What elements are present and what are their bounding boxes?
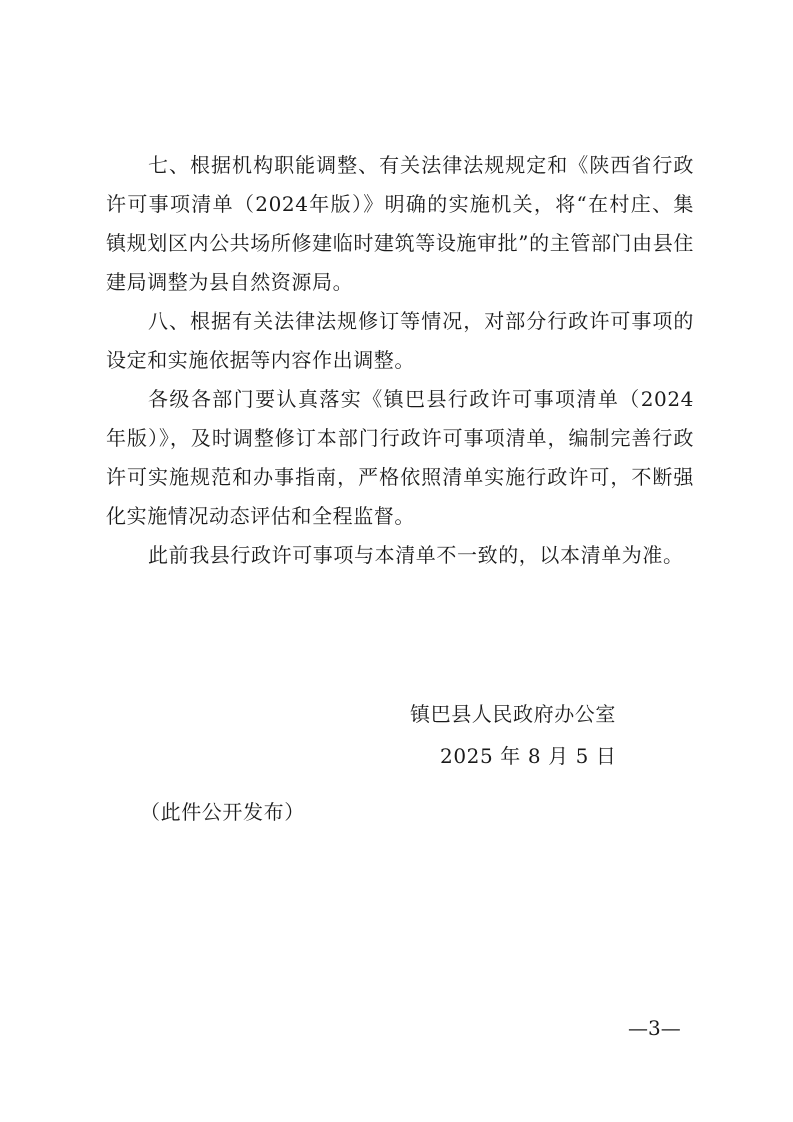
- signature-date: 2025 年 8 月 5 日: [440, 740, 617, 769]
- paragraph-precedence-clause: 此前我县行政许可事项与本清单不一致的，以本清单为准。: [106, 536, 694, 575]
- document-page: 七、根据机构职能调整、有关法律法规规定和《陕西省行政许可事项清单（2024年版）…: [0, 0, 793, 1122]
- paragraph-item-7: 七、根据机构职能调整、有关法律法规规定和《陕西省行政许可事项清单（2024年版）…: [106, 146, 694, 302]
- page-number: —3—: [628, 1016, 681, 1040]
- signature-organization: 镇巴县人民政府办公室: [410, 698, 616, 727]
- disclosure-note: （此件公开发布）: [140, 796, 305, 825]
- paragraph-implementation-requirement: 各级各部门要认真落实《镇巴县行政许可事项清单（2024年版）》，及时调整修订本部…: [106, 380, 694, 536]
- document-body: 七、根据机构职能调整、有关法律法规规定和《陕西省行政许可事项清单（2024年版）…: [106, 146, 694, 575]
- paragraph-item-8: 八、根据有关法律法规修订等情况，对部分行政许可事项的设定和实施依据等内容作出调整…: [106, 302, 694, 380]
